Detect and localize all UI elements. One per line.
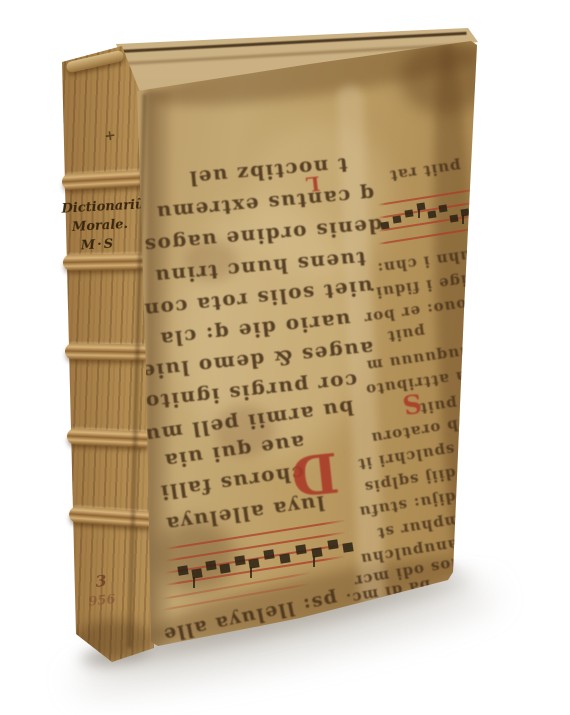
manuscript-line: puit: [418, 394, 458, 417]
rubric-paraph: L: [305, 171, 321, 196]
neume-stem: [313, 556, 315, 567]
stave-line: [378, 228, 475, 245]
neume: [279, 553, 290, 563]
neume: [295, 544, 306, 554]
manuscript-line: puit rat: [388, 157, 462, 185]
neume: [327, 539, 338, 549]
neume-stem: [250, 567, 252, 578]
neume: [342, 542, 353, 552]
neume: [177, 565, 188, 575]
manuscript-line: reb oratoru: [369, 413, 478, 448]
manuscript-line: t noctibz uel: [187, 153, 348, 191]
manuscript-line: ouuquuuu m: [365, 341, 483, 375]
spine-title-line-3: M·S: [80, 237, 115, 254]
book-photograph: + Dictionariũ Morale. M·S 3 956 t noctib…: [0, 0, 570, 715]
neume: [393, 215, 402, 223]
neume-stem: [418, 209, 420, 218]
neume: [405, 209, 414, 217]
manuscript-line: puit: [386, 322, 426, 345]
neume: [219, 563, 230, 573]
initial-d: D: [288, 440, 341, 509]
initial-s: S: [401, 387, 424, 419]
spine-title-line-2: Morale.: [72, 217, 129, 235]
neume: [450, 214, 459, 222]
neume: [470, 218, 479, 226]
spine-shelfmark-2: 956: [88, 592, 117, 610]
neume: [234, 555, 245, 565]
spine-band-2: [63, 253, 147, 270]
neume-stem: [462, 215, 464, 224]
neume: [439, 204, 448, 212]
neume: [428, 210, 437, 218]
neume: [381, 221, 390, 229]
spine-ink-mark: +: [103, 127, 117, 144]
spine-shelfmark-1: 3: [94, 571, 107, 591]
neume: [205, 560, 216, 570]
neume-stem: [193, 577, 195, 588]
neume: [263, 549, 274, 559]
